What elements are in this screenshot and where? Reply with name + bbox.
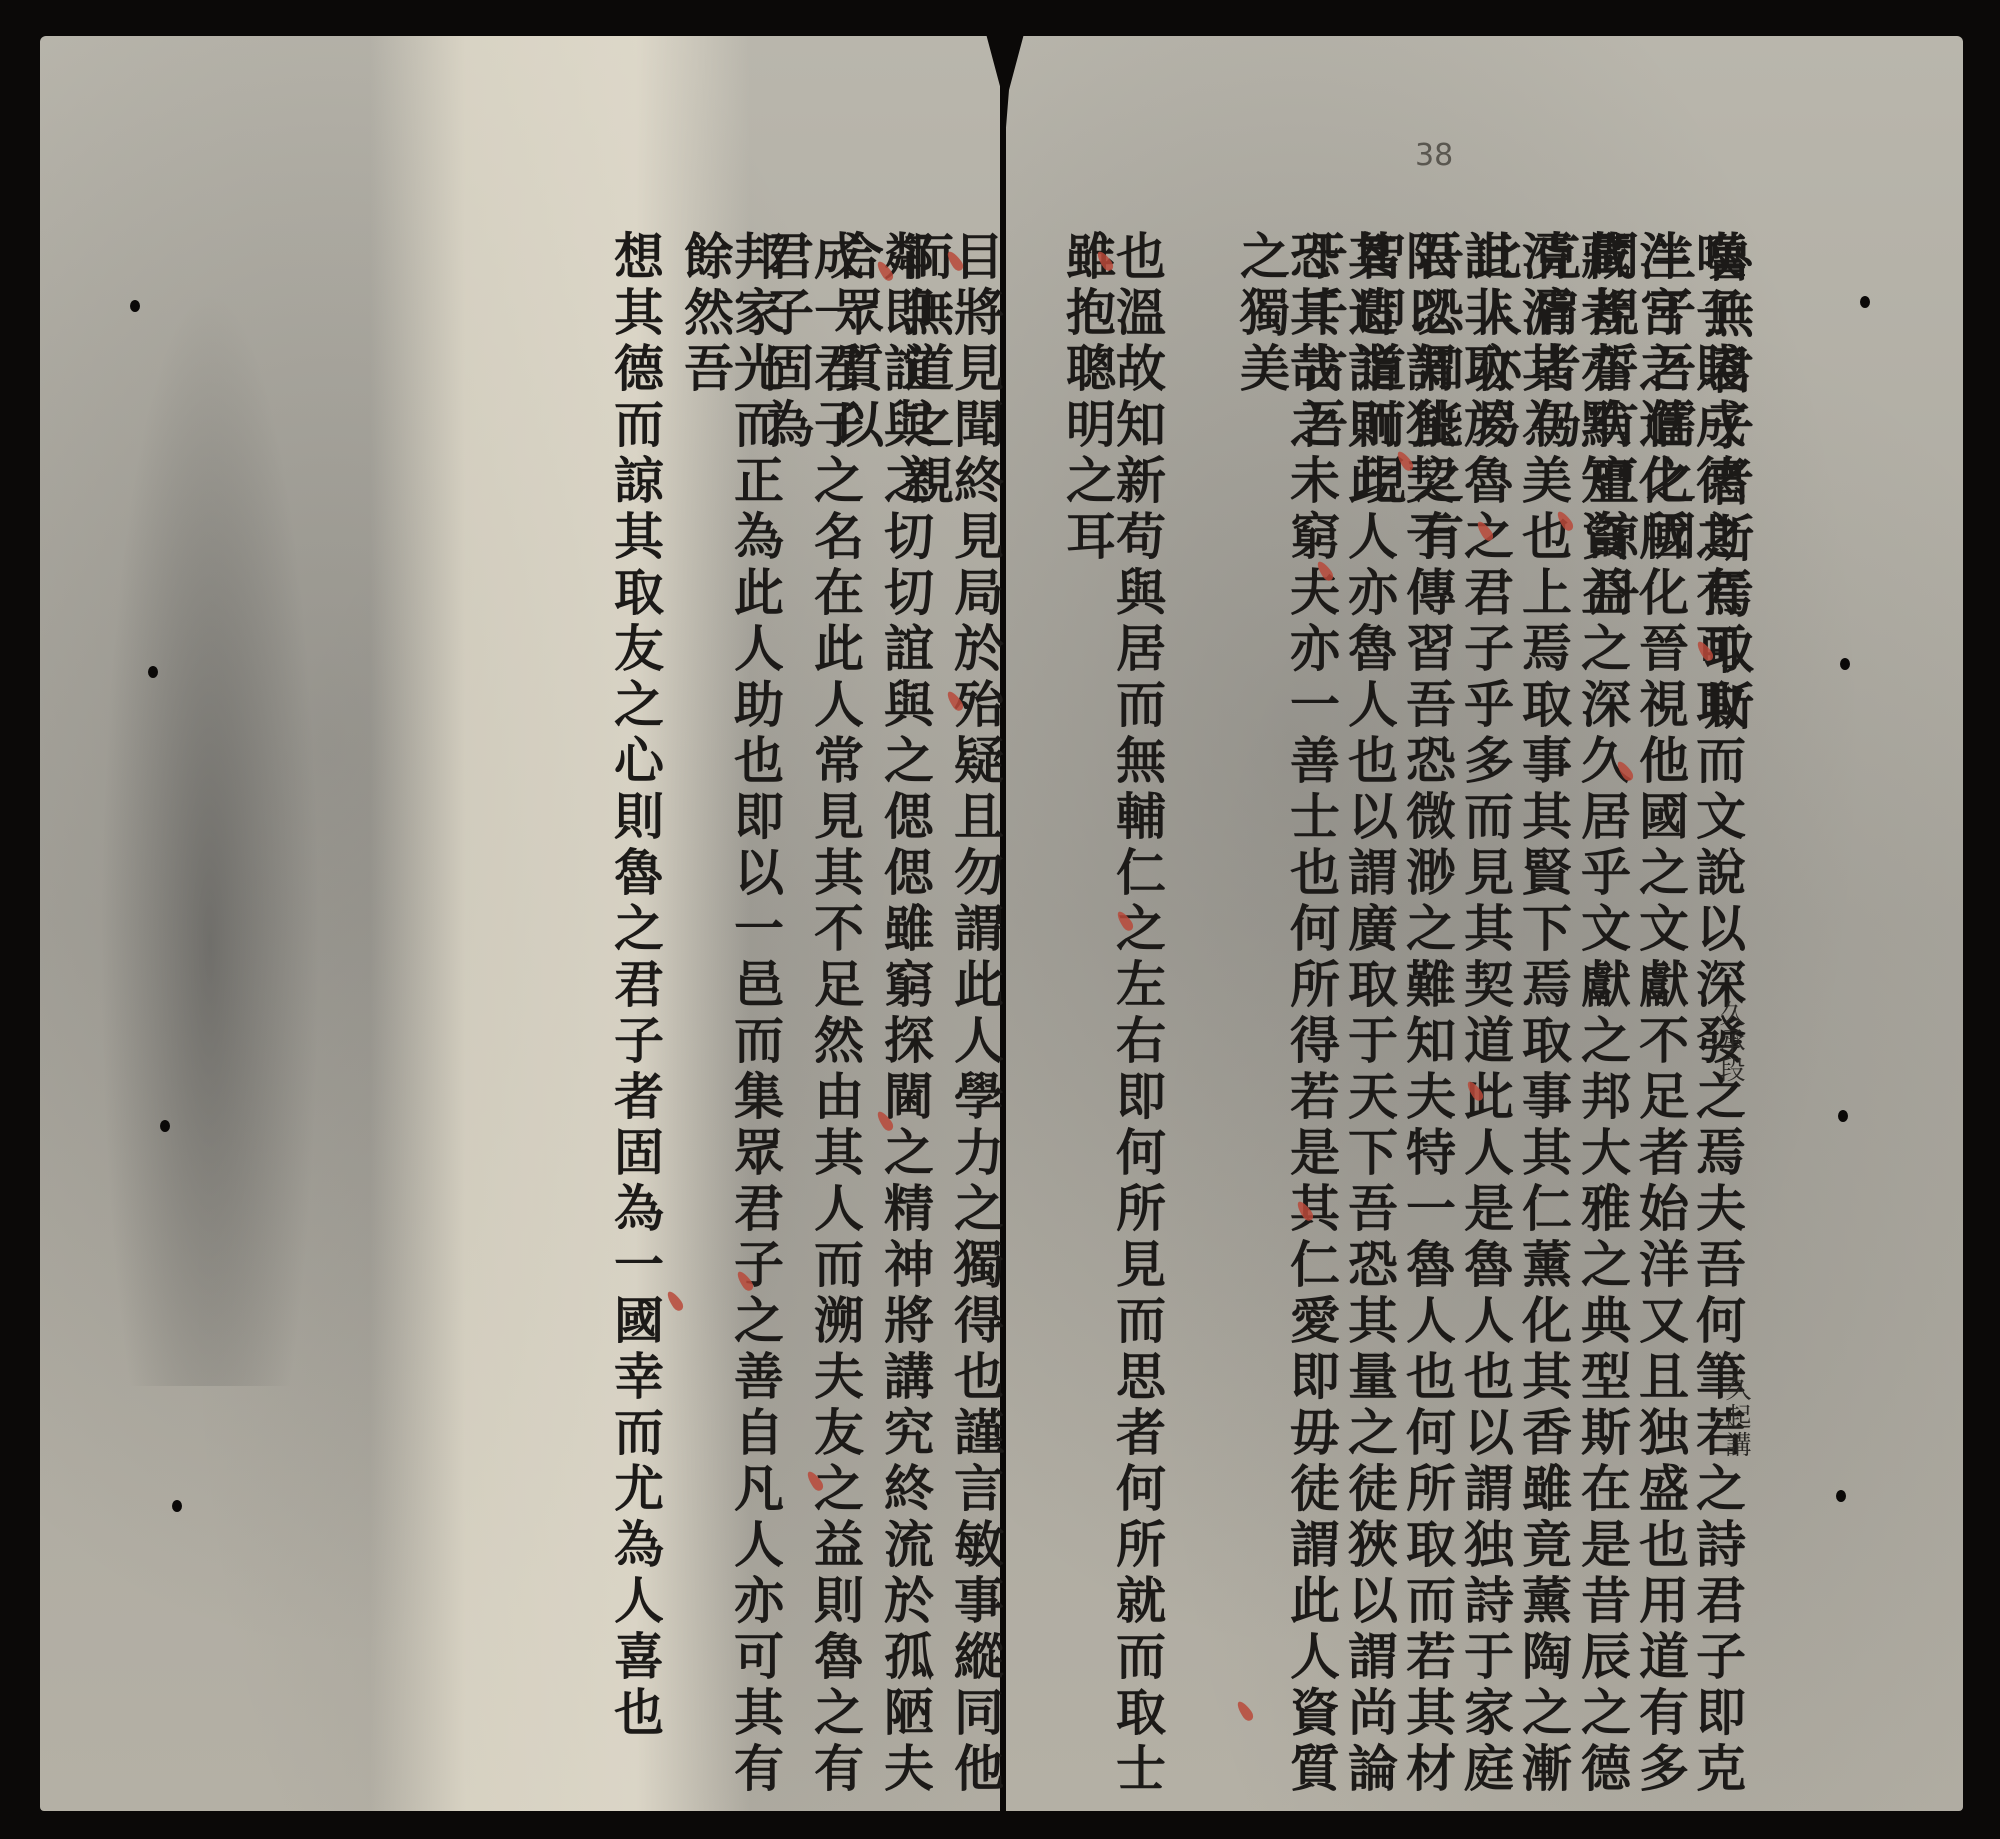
text-column: 恐其哉之未窮夫亦一善士也何所得若是其仁愛即毋徒謂此人資質之獨美 [1236, 230, 1336, 1839]
binding-hole [160, 1120, 170, 1132]
text-column: 想其德而諒其取友之心則魯之君子者固為一國幸而尤為人喜也 [610, 230, 660, 1742]
binding-hole [1840, 658, 1850, 670]
margin-note: 久起講 [1718, 1375, 1755, 1459]
margin-note: 久承段 [1712, 1000, 1749, 1084]
text-column: 邦家光而正為此人助也即以一邑而集眾君子之善自凡人亦可其有餘然吾 [680, 230, 780, 1839]
binding-hole [1838, 1110, 1848, 1122]
stain [100, 286, 320, 1386]
page-number: 38 [1415, 138, 1453, 173]
text-column: 也溫故知新苟與居而無輔仁之左右即何所見而思者何所就而取士雖抱聰明之耳 [1062, 230, 1162, 1839]
binding-hole [172, 1500, 182, 1512]
binding-hole [130, 300, 140, 312]
binding-hole [1836, 1490, 1846, 1502]
binding-hole [1860, 296, 1870, 308]
binding-hole [148, 666, 158, 678]
